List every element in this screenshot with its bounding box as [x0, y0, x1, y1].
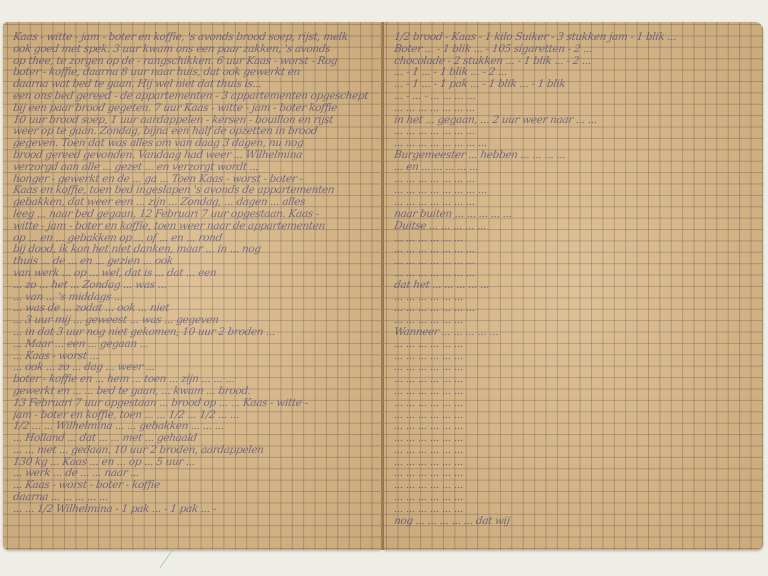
- handwritten-line: ... ... ... ... ... ... ...: [393, 256, 752, 268]
- notebook-right-page: 1/2 brood - Kaas - 1 kilo Suiker - 3 stu…: [384, 22, 763, 550]
- handwritten-line: ... ... ... ... ... ...: [393, 492, 752, 504]
- handwritten-line: ... in dat 3 uur nog niet gekomen, 10 uu…: [12, 327, 370, 339]
- handwritten-line: naar buiten ... ... ... ... ...: [393, 209, 752, 221]
- handwritten-line: Kaas en koffie, toen bed ingeslapen 's a…: [12, 185, 370, 197]
- handwritten-line: ... ... ... ... ... ... ...: [393, 103, 752, 115]
- handwritten-line: ... 3 uur mij ... geweest ... was ... ge…: [12, 315, 370, 327]
- handwritten-line: 13 Februari 7 uur opgestaan ... brood op…: [12, 398, 370, 410]
- handwritten-line: ... - 1 ... - 1 blik ... - 2 ...: [393, 67, 752, 79]
- handwritten-line: ... ... ... ... ... ... ...: [393, 174, 752, 186]
- handwritten-line: bij een paar brood gegeten. 7 uur Kaas -…: [12, 103, 370, 115]
- handwritten-line: ... ... 1/2 Wilhelmina - 1 pak ... - 1 p…: [12, 504, 370, 516]
- handwritten-line: op ... en ... gebakken op ... of ... en …: [12, 233, 370, 245]
- handwritten-line: honger - gewerkt en de ... ga ... Toen K…: [12, 174, 370, 186]
- handwritten-line: brood gereed gevonden. Vandaag had weer …: [12, 150, 370, 162]
- handwritten-line: ... zo ... het ... Zondag ... was ...: [12, 280, 370, 292]
- handwritten-line: ... van ... 's middags ...: [12, 292, 370, 304]
- stray-ink-mark: [159, 546, 191, 576]
- handwritten-line: ... werk ... de ... ... naar ...: [12, 468, 370, 480]
- handwritten-line: ook goed met spek. 3 uur kwam ons een pa…: [12, 44, 370, 56]
- handwritten-line: ... ook ... zo ... dag ... weer ...: [12, 362, 370, 374]
- handwritten-line: een ons bed gereed - de appartementen - …: [12, 91, 370, 103]
- handwritten-line: ... ... ... ... ... ...: [393, 362, 752, 374]
- handwritten-line: ... was de ... zodat ... ook ... niet: [12, 303, 370, 315]
- handwritten-line: jam - boter en koffie, toen ... ... 1/2 …: [12, 410, 370, 422]
- handwritten-line: ... ... ... ... ... ...: [393, 351, 752, 363]
- handwritten-line: ... ... ... ... ... ... ... ...: [393, 138, 752, 150]
- handwritten-line: ... ... niet ... gedaan. 10 uur 2 broden…: [12, 445, 370, 457]
- handwritten-line: ... ... ... ... ... ...: [393, 445, 752, 457]
- handwritten-line: Wanneer ... ... ... ... ...: [393, 327, 752, 339]
- handwritten-line: thuis ... de ... en ... gezien ... ook: [12, 256, 370, 268]
- handwritten-line: Burgemeester ... hebben ... ... ... ...: [393, 150, 752, 162]
- handwritten-line: ... ... ... ... ... ...: [393, 315, 752, 327]
- handwritten-line: Boter ... - 1 blik ... - 105 sigaretten …: [393, 44, 752, 56]
- handwritten-line: ... ... ... ... ... ...: [393, 233, 752, 245]
- right-page-text: 1/2 brood - Kaas - 1 kilo Suiker - 3 stu…: [394, 32, 751, 542]
- handwritten-line: daarna wat bed te gaan. Hij wel niet dat…: [12, 79, 370, 91]
- handwritten-line: op thee, te zorgen op de - rangschikken.…: [12, 56, 370, 68]
- handwritten-line: ... - ... - ... ... ... ...: [393, 91, 752, 103]
- handwritten-line: ... ... ... ... ... ...: [393, 339, 752, 351]
- handwritten-line: Kaas - witte - jam - boter en koffie, 's…: [12, 32, 370, 44]
- handwritten-line: ... ... ... ... ... ... ...: [393, 126, 752, 138]
- handwritten-line: 1/2 brood - Kaas - 1 kilo Suiker - 3 stu…: [393, 32, 752, 44]
- left-page-text: Kaas - witte - jam - boter en koffie, 's…: [13, 32, 369, 542]
- handwritten-line: 1/2 ... ... Wilhelmina ... ... gebakken …: [12, 421, 370, 433]
- handwritten-line: ... en ... ... ... ... ...: [393, 162, 752, 174]
- handwritten-line: ... ... ... ... ... ...: [393, 292, 752, 304]
- handwritten-line: verzorgd aan alle ... gezet ... en verzo…: [12, 162, 370, 174]
- handwritten-line: ... ... ... ... ... ...: [393, 504, 752, 516]
- handwritten-line: ... ... ... ... ... ...: [393, 398, 752, 410]
- handwritten-line: boter - koffie en ... hem ... toen ... z…: [12, 374, 370, 386]
- handwritten-line: ... ... ... ... ... ... ...: [393, 268, 752, 280]
- handwritten-line: van werk ... op ... wel, dat is ... dat …: [12, 268, 370, 280]
- handwritten-line: gegeven. Toen dat was alles om van daag …: [12, 138, 370, 150]
- handwritten-line: ... ... ... ... ... ... ...: [393, 303, 752, 315]
- handwritten-line: Duitse ... ... ... ... ...: [393, 221, 752, 233]
- handwritten-line: gebakken, dat weer een ... zijn ... Zond…: [12, 197, 370, 209]
- handwritten-line: ... Kaas - worst - boter - koffie: [12, 480, 370, 492]
- handwritten-line: ... ... ... ... ... ...: [393, 457, 752, 469]
- handwritten-line: ... ... ... ... ... ... ...: [393, 244, 752, 256]
- handwritten-line: nog ... ... ... ... ... dat wij: [393, 516, 752, 528]
- handwritten-line: ... ... ... ... ... ... ... ...: [393, 185, 752, 197]
- handwritten-line: daarna ... ... ... ... ...: [12, 492, 370, 504]
- handwritten-line: 10 uur brood soep, 1 uur aardappelen - k…: [12, 115, 370, 127]
- handwritten-line: leeg ... naar bed gegaan. 12 Februari 7 …: [12, 209, 370, 221]
- handwritten-line: 130 kg ... Kaas ... en ... op ... 5 uur …: [12, 457, 370, 469]
- handwritten-line: weer op te gaan. Zondag, bijna een half …: [12, 126, 370, 138]
- handwritten-line: ... ... ... ... ... ...: [393, 433, 752, 445]
- handwritten-line: bij dood, ik kon het niet danken, maar .…: [12, 244, 370, 256]
- handwritten-line: in het ... gegaan, ... 2 uur weer naar .…: [393, 115, 752, 127]
- handwritten-line: chocolade - 2 stukken ... - 1 blik ... -…: [393, 56, 752, 68]
- handwritten-line: boter - koffie, daarna 8 uur naar huis, …: [12, 67, 370, 79]
- handwritten-line: ... ... ... ... ... ...: [393, 421, 752, 433]
- handwritten-line: gewerkt en ... ... bed te gaan, ... kwam…: [12, 386, 370, 398]
- handwritten-line: ... ... ... ... ... ...: [393, 386, 752, 398]
- handwritten-line: ... ... ... ... ... ...: [393, 410, 752, 422]
- notebook-left-page: Kaas - witte - jam - boter en koffie, 's…: [3, 22, 381, 550]
- handwritten-line: witte - jam - boter en koffie, toen weer…: [12, 221, 370, 233]
- handwritten-line: ... Maar ... een ... gegaan ...: [12, 339, 370, 351]
- handwritten-line: ... Holland ... dat ... ... met ... geha…: [12, 433, 370, 445]
- handwritten-line: ... ... ... ... ... ...: [393, 468, 752, 480]
- handwritten-line: ... - 1 ... - 1 pak ... - 1 blik ... - 1…: [393, 79, 752, 91]
- handwritten-line: ... ... ... ... ... ...: [393, 480, 752, 492]
- handwritten-line: ... Kaas - worst ...: [12, 351, 370, 363]
- handwritten-line: ... ... ... ... ... ...: [393, 374, 752, 386]
- handwritten-line: dat het ... ... ... ... ...: [393, 280, 752, 292]
- handwritten-line: ... ... ... ... ... ... ...: [393, 197, 752, 209]
